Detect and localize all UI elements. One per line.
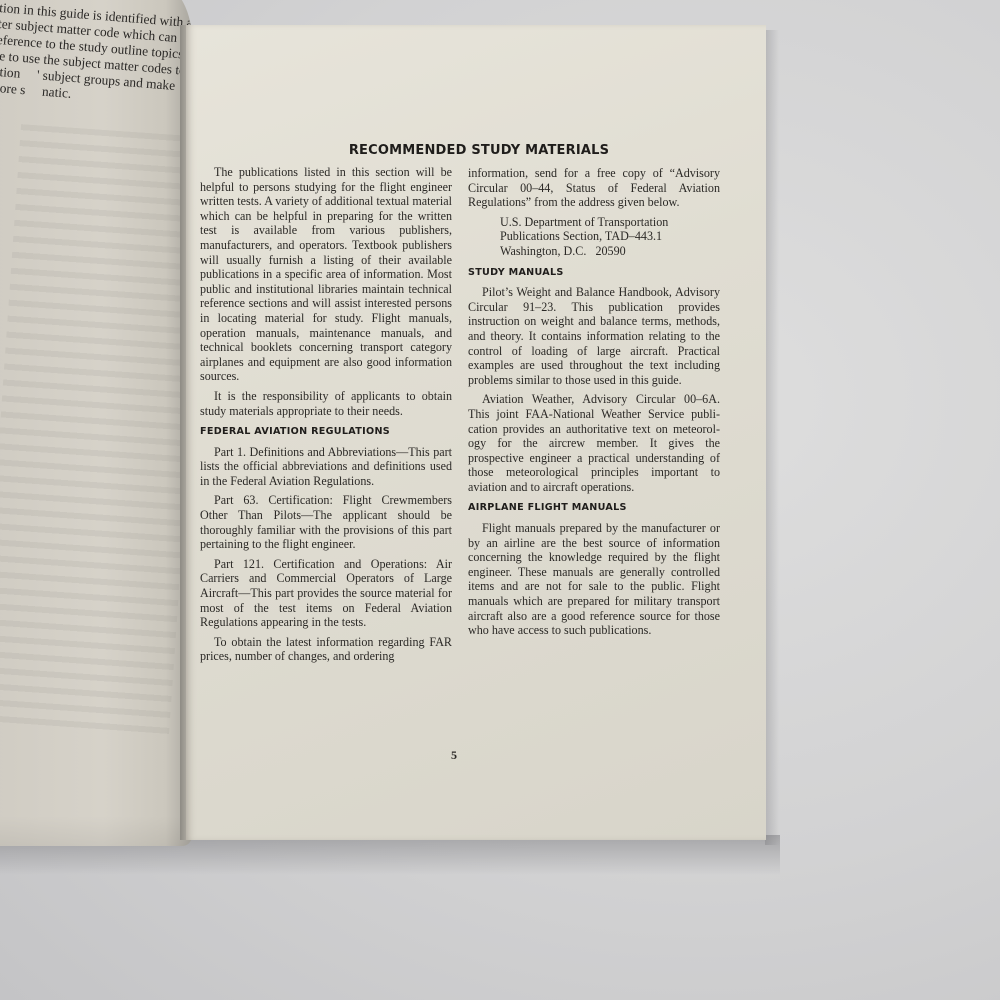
study-paragraph: Pilot’s Weight and Balance Handbook, Ad­… bbox=[468, 285, 720, 387]
study-paragraph: Aviation Weather, Advisory Circular 00–6… bbox=[468, 392, 720, 494]
address-line: U.S. Department of Transportation bbox=[500, 215, 720, 230]
far-paragraph: Part 1. Definitions and Abbreviations—Th… bbox=[200, 445, 452, 489]
intro-paragraph: The publications listed in this section … bbox=[200, 165, 452, 384]
page-shadow-right bbox=[765, 30, 779, 845]
far-paragraph: To obtain the latest information regardi… bbox=[200, 635, 452, 664]
address-line: Publications Section, TAD–443.1 bbox=[500, 229, 720, 244]
left-page: tion in this guide is identified with a … bbox=[0, 0, 192, 846]
right-column: information, send for a free copy of “Ad… bbox=[468, 166, 720, 643]
page-title: RECOMMENDED STUDY MATERIALS bbox=[186, 143, 766, 158]
left-page-text: tion in this guide is identified with a … bbox=[0, 0, 192, 111]
mailing-address: U.S. Department of Transportation Public… bbox=[468, 215, 720, 259]
document-page: RECOMMENDED STUDY MATERIALS The publicat… bbox=[186, 25, 766, 840]
far-paragraph: Part 63. Certification: Flight Crewmembe… bbox=[200, 493, 452, 551]
intro-paragraph: It is the responsibility of applicants t… bbox=[200, 389, 452, 418]
far-paragraph: Part 121. Certification and Operations: … bbox=[200, 557, 452, 630]
page-number: 5 bbox=[451, 748, 457, 763]
continuation-paragraph: information, send for a free copy of “Ad… bbox=[468, 166, 720, 210]
section-heading-flight-manuals: AIRPLANE FLIGHT MANUALS bbox=[468, 501, 720, 516]
left-column: The publications listed in this section … bbox=[200, 165, 452, 669]
bleed-through-text bbox=[0, 124, 192, 736]
section-heading-far: FEDERAL AVIATION REGULATIONS bbox=[200, 425, 452, 440]
address-line: Washington, D.C. 20590 bbox=[500, 244, 720, 259]
afm-paragraph: Flight manuals prepared by the manufactu… bbox=[468, 521, 720, 638]
section-heading-study-manuals: STUDY MANUALS bbox=[468, 266, 720, 281]
